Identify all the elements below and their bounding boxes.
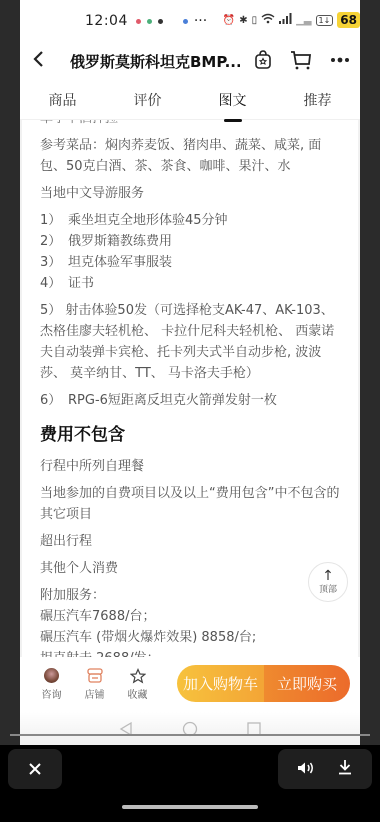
volume-button[interactable] [297, 760, 315, 779]
phone-screen: 12:04 ··· ⏰ ✱ ▯ ▁▃ 1↓ 68 俄罗斯莫斯科坦克BMP [20, 0, 360, 745]
signal-icon [279, 13, 292, 27]
shop-bag-button[interactable] [254, 50, 272, 70]
purchase-buttons: 加入购物车 立即购买 [177, 665, 350, 702]
tab-recommend[interactable]: 推荐 [275, 90, 360, 110]
status-time: 12:04 [85, 13, 128, 29]
notification-icons: ··· [136, 13, 207, 29]
store-icon [87, 668, 103, 683]
extras-heading: 附加服务： [40, 585, 340, 606]
star-icon [130, 668, 146, 684]
signal-2-icon: ▁▃ [296, 15, 311, 26]
guide-service: 当地中文导游服务 [40, 183, 340, 204]
excluded-item: 其他个人消费 [40, 558, 340, 579]
media-actions [278, 749, 372, 789]
extra-item: 碾压汽车 (带烟火爆炸效果) 8858/台; [40, 627, 340, 648]
back-to-top-button[interactable]: ↑ 顶部 [308, 562, 348, 602]
cart-icon [290, 50, 312, 70]
vibrate-icon: ▯ [252, 15, 258, 26]
bottom-action-bar: 咨询 店铺 收藏 加入购物车 立即购买 [20, 657, 360, 709]
notification-dot-icon [147, 19, 152, 24]
battery-badge: 68 [337, 12, 360, 28]
alarm-icon: ⏰ [223, 15, 235, 26]
list-item: 4）证书 [40, 273, 340, 294]
buy-now-button[interactable]: 立即购买 [264, 665, 350, 702]
wifi-icon [261, 13, 275, 27]
tab-reviews[interactable]: 评价 [105, 90, 190, 110]
back-to-top-label: 顶部 [319, 582, 337, 595]
tab-product[interactable]: 商品 [20, 90, 105, 110]
add-to-cart-button[interactable]: 加入购物车 [177, 665, 264, 702]
excluded-item: 超出行程 [40, 531, 340, 552]
data-speed-icon: 1↓ [316, 15, 334, 26]
list-item: 6）RPG-6短距离反坦克火箭弹发射一枚 [40, 390, 340, 411]
included-list: 1）乘坐坦克全地形体验45分钟 2）俄罗斯籍教练费用 3）坦克体验军事服装 4）… [40, 210, 340, 411]
cart-button[interactable] [290, 50, 312, 70]
more-notifications-icon: ··· [194, 13, 207, 29]
status-bar: 12:04 ··· ⏰ ✱ ▯ ▁▃ 1↓ 68 [20, 0, 360, 42]
volume-icon [297, 761, 315, 775]
favorite-button[interactable]: 收藏 [116, 666, 159, 701]
excluded-item: 行程中所列自理餐 [40, 456, 340, 477]
cut-off-line: 单季下酒拌拉 [40, 120, 340, 129]
notification-dot-icon [158, 19, 163, 24]
list-item: 2）俄罗斯籍教练费用 [40, 231, 340, 252]
header-bar: 俄罗斯莫斯科坦克BMP... [20, 42, 360, 80]
notification-dot-icon [136, 19, 141, 24]
download-icon [337, 759, 353, 775]
favorite-label: 收藏 [128, 686, 148, 701]
system-icons: ⏰ ✱ ▯ ▁▃ 1↓ 68 [223, 12, 360, 28]
home-indicator[interactable] [122, 805, 258, 809]
extra-item: 坦克射击 2688/发； [40, 648, 340, 657]
close-button[interactable] [8, 749, 62, 789]
tab-bar: 商品 评价 图文 推荐 [20, 80, 360, 120]
shop-label: 店铺 [85, 686, 105, 701]
extra-item: 碾压汽车7688/台； [40, 606, 340, 627]
consult-label: 咨询 [42, 686, 62, 701]
bluetooth-icon: ✱ [239, 15, 247, 26]
shop-bag-icon [254, 50, 272, 70]
viewer-controls [0, 745, 380, 822]
section-heading-excluded: 费用不包含 [40, 425, 340, 446]
device-frame-right [360, 0, 380, 745]
system-navigation-bar [20, 712, 360, 745]
chevron-left-icon [32, 50, 44, 68]
download-button[interactable] [337, 759, 353, 779]
back-button[interactable] [32, 49, 56, 73]
shop-button[interactable]: 店铺 [73, 666, 116, 701]
more-button[interactable] [330, 57, 350, 63]
avatar [44, 668, 59, 683]
list-item: 3）坦克体验军事服装 [40, 252, 340, 273]
notification-dot-icon [183, 19, 188, 24]
list-item: 1）乘坐坦克全地形体验45分钟 [40, 210, 340, 231]
list-item: 5） 射击体验50发（可选择枪支AK-47、AK-103、 杰格佳廖夫轻机枪、 … [40, 300, 340, 384]
progress-line [10, 734, 370, 736]
close-icon [28, 762, 42, 776]
tab-details[interactable]: 图文 [190, 90, 275, 110]
reference-dishes: 参考菜品：焖肉荞麦饭、猪肉串、蔬菜、咸菜, 面包、50克白酒、茶、茶食、咖啡、果… [40, 135, 340, 177]
page-title: 俄罗斯莫斯科坦克BMP... [70, 51, 240, 72]
extras-list: 附加服务： 碾压汽车7688/台； 碾压汽车 (带烟火爆炸效果) 8858/台;… [40, 585, 340, 657]
more-icon [330, 57, 350, 63]
consult-button[interactable]: 咨询 [30, 666, 73, 701]
device-frame-left [0, 0, 20, 745]
arrow-up-icon: ↑ [322, 570, 334, 582]
excluded-item: 当地参加的自费项目以及以上“费用包含”中不包含的其它项目 [40, 483, 340, 525]
